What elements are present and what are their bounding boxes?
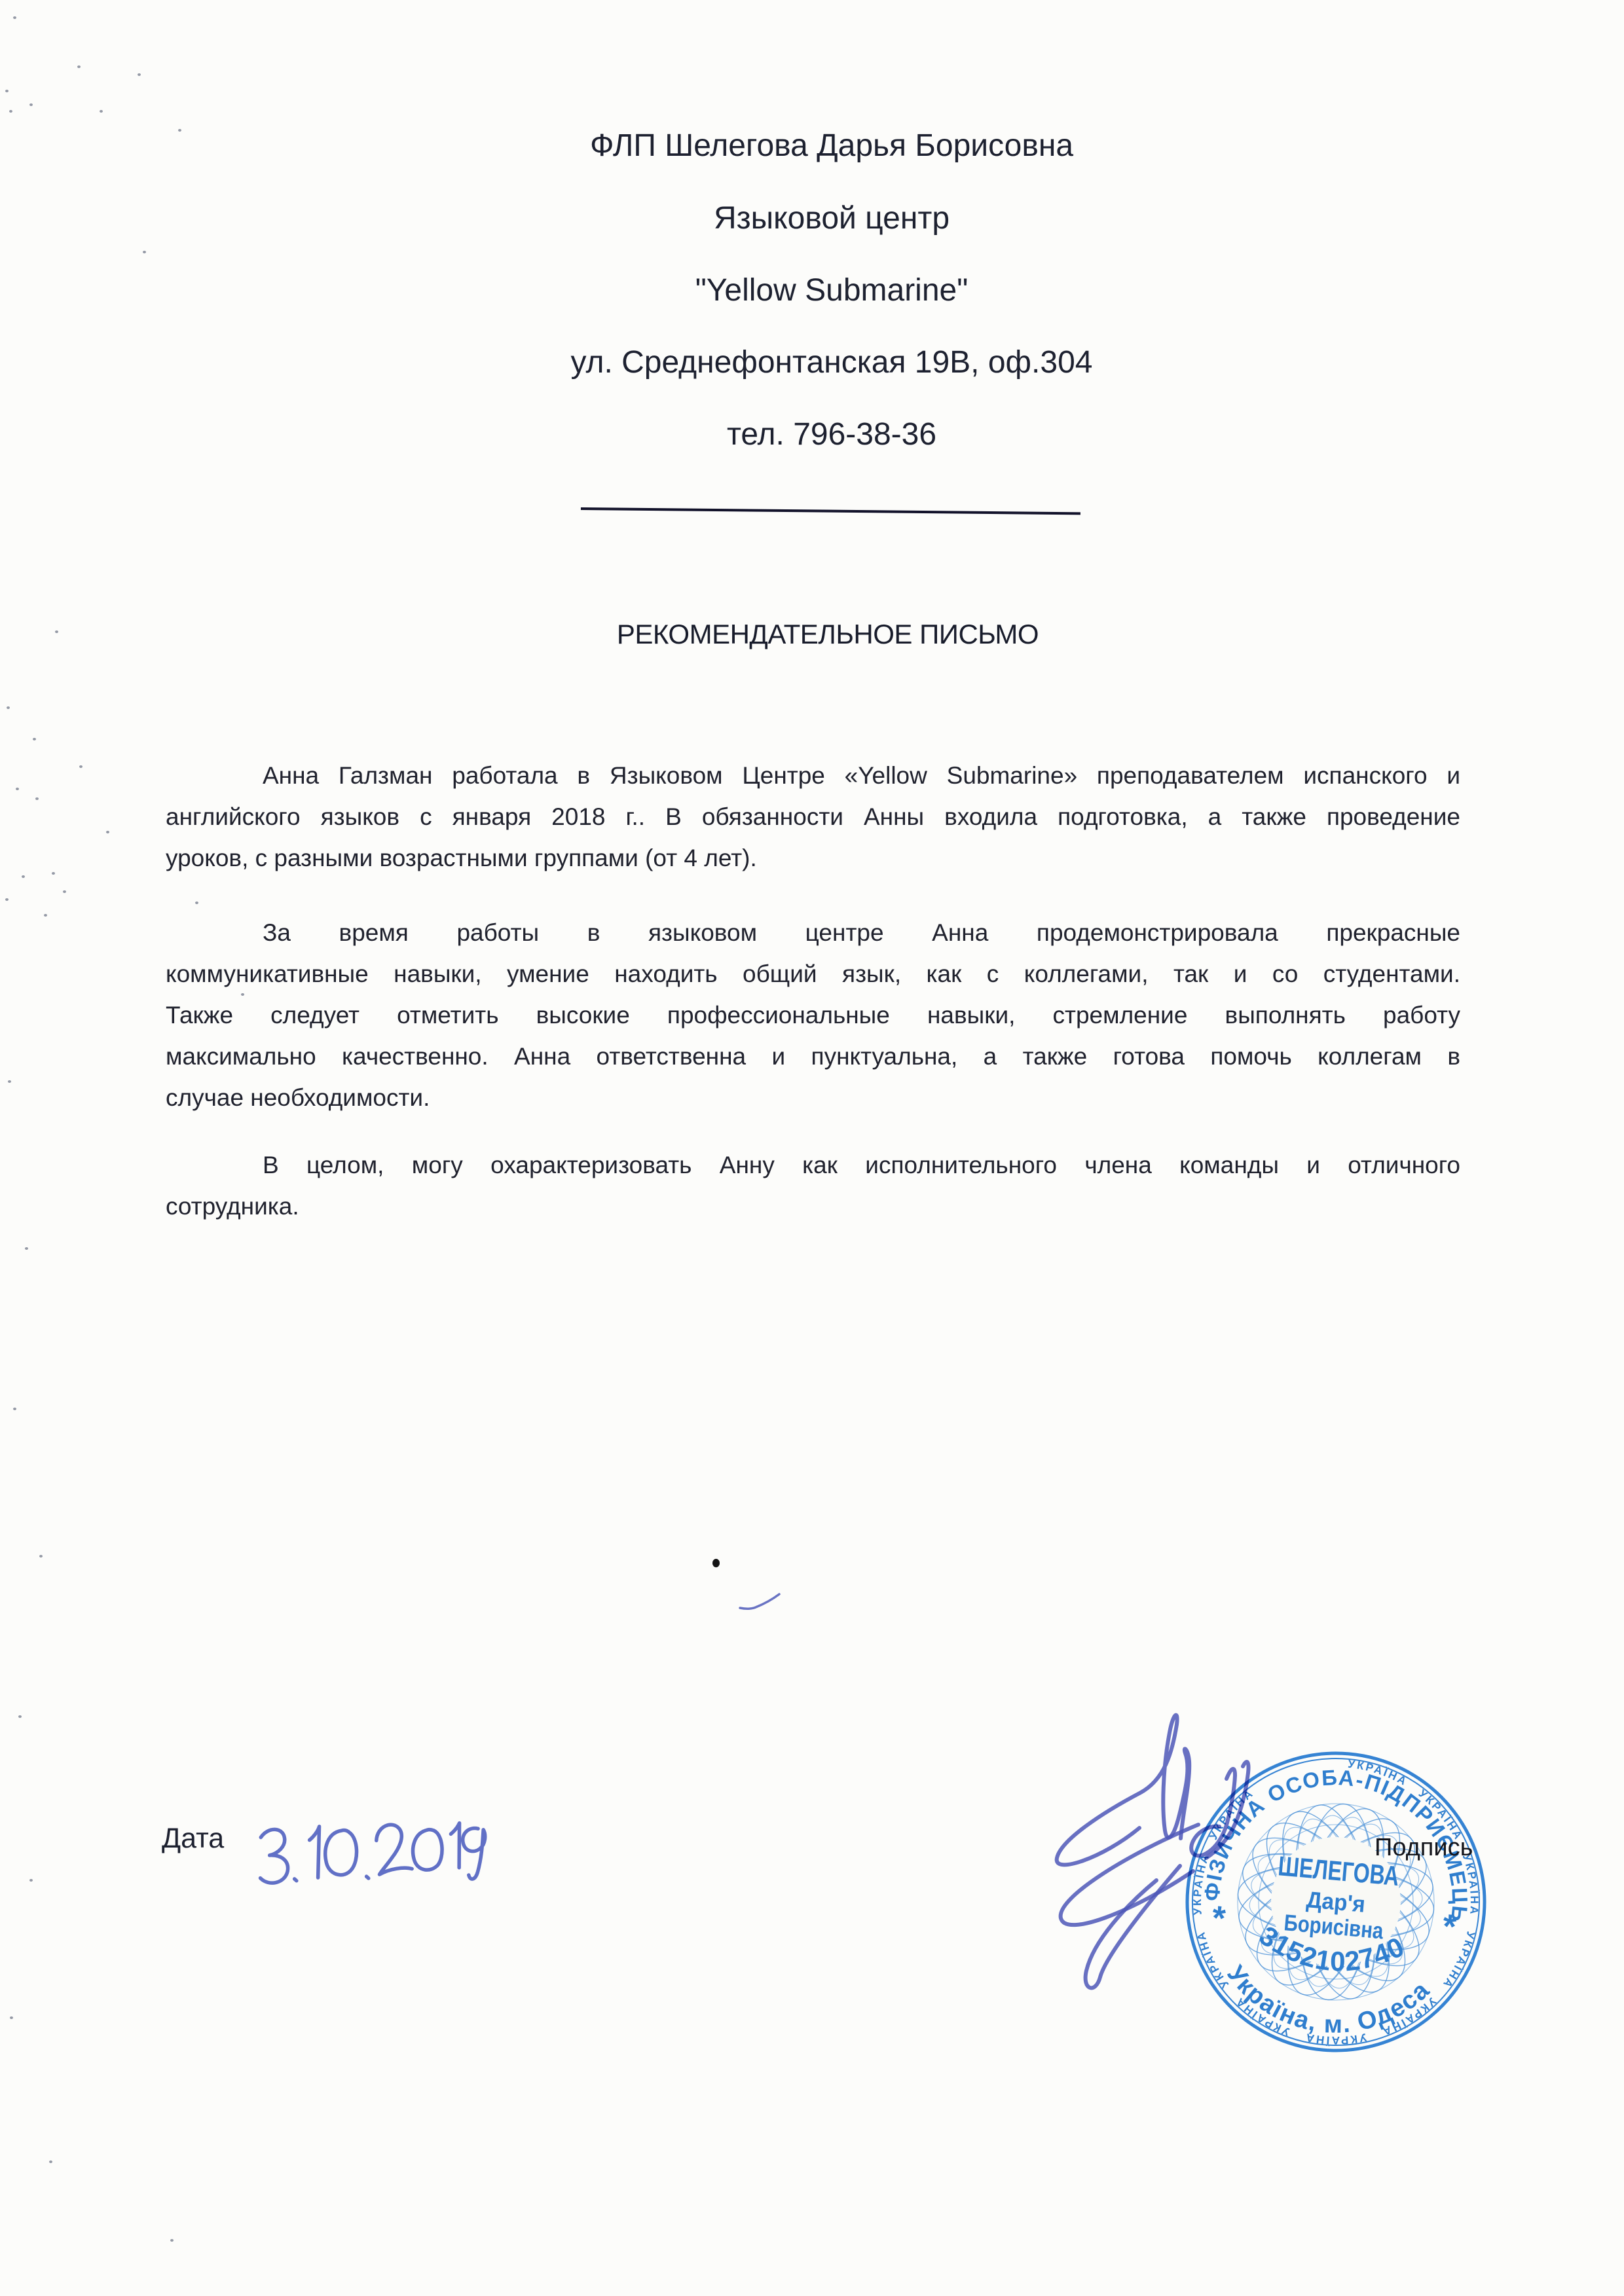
ink-dot-artifact <box>712 1559 720 1567</box>
scan-speckle <box>5 898 9 901</box>
scan-speckle <box>52 872 55 875</box>
scanned-recommendation-letter: ФЛП Шелегова Дарья Борисовна Языковой це… <box>0 0 1624 2296</box>
scan-speckle <box>10 2016 13 2019</box>
stamp-right-star: * <box>1441 1907 1458 1946</box>
handwritten-signature <box>1041 1702 1277 1997</box>
paragraph-3-line-1: В целом, могу охарактеризовать Анну как … <box>166 1150 1460 1182</box>
scan-speckle <box>138 73 141 76</box>
handwritten-date <box>244 1807 492 1905</box>
scan-speckle <box>22 875 25 878</box>
scan-speckle <box>44 914 47 917</box>
scan-speckle <box>5 90 9 92</box>
scan-speckle <box>79 765 83 768</box>
scan-speckle <box>49 2160 52 2163</box>
letterhead-divider <box>581 507 1080 515</box>
scan-speckle <box>9 110 12 113</box>
scan-speckle <box>16 788 19 790</box>
scan-speckle <box>13 1408 16 1410</box>
scan-speckle <box>35 797 39 800</box>
document-title: РЕКОМЕНДАТЕЛЬНОЕ ПИСЬМО <box>16 621 1624 648</box>
letterhead-address: ул. Среднефонтанская 19В, оф.304 <box>20 347 1624 378</box>
scan-speckle <box>8 1080 11 1083</box>
paragraph-2-line-1: За время работы в языковом центре Анна п… <box>166 917 1460 950</box>
scan-speckle <box>77 65 81 68</box>
letterhead-company: ФЛП Шелегова Дарья Борисовна <box>20 130 1624 162</box>
pen-flick-artifact <box>737 1590 789 1616</box>
scan-speckle <box>100 110 103 113</box>
paragraph-2-line-2: коммуникативные навыки, умение находить … <box>166 958 1460 991</box>
scan-speckle <box>33 738 36 740</box>
scan-speckle <box>25 1247 28 1250</box>
letterhead-center-name: "Yellow Submarine" <box>20 275 1624 306</box>
scan-speckle <box>241 993 244 996</box>
scan-speckle <box>18 1715 22 1718</box>
signature-label: Подпись <box>1375 1835 1473 1860</box>
scan-speckle <box>39 1555 43 1558</box>
date-label: Дата <box>162 1825 224 1853</box>
paragraph-1-line-1: Анна Галзман работала в Языковом Центре … <box>166 760 1460 793</box>
paragraph-2-line-3: Также следует отметить высокие профессио… <box>166 1000 1460 1032</box>
scan-speckle <box>29 1879 33 1882</box>
paragraph-1-line-3: уроков, с разными возрастными группами (… <box>166 843 1460 875</box>
scan-speckle <box>195 902 198 904</box>
scan-speckle <box>106 831 109 833</box>
scan-speckle <box>170 2239 174 2242</box>
scan-speckle <box>29 103 33 106</box>
scan-speckle <box>143 251 146 253</box>
paragraph-2-line-4: максимально качественно. Анна ответствен… <box>166 1041 1460 1074</box>
scan-speckle <box>13 16 16 19</box>
paragraph-1-line-2: английского языков с января 2018 г.. В о… <box>166 801 1460 834</box>
scan-speckle <box>63 890 66 893</box>
letterhead-phone: тел. 796-38-36 <box>20 419 1624 450</box>
scan-speckle <box>7 706 10 709</box>
paragraph-3-line-2: сотрудника. <box>166 1191 1460 1224</box>
letterhead-center-type: Языковой центр <box>20 203 1624 234</box>
paragraph-2-line-5: случае необходимости. <box>166 1082 1460 1115</box>
